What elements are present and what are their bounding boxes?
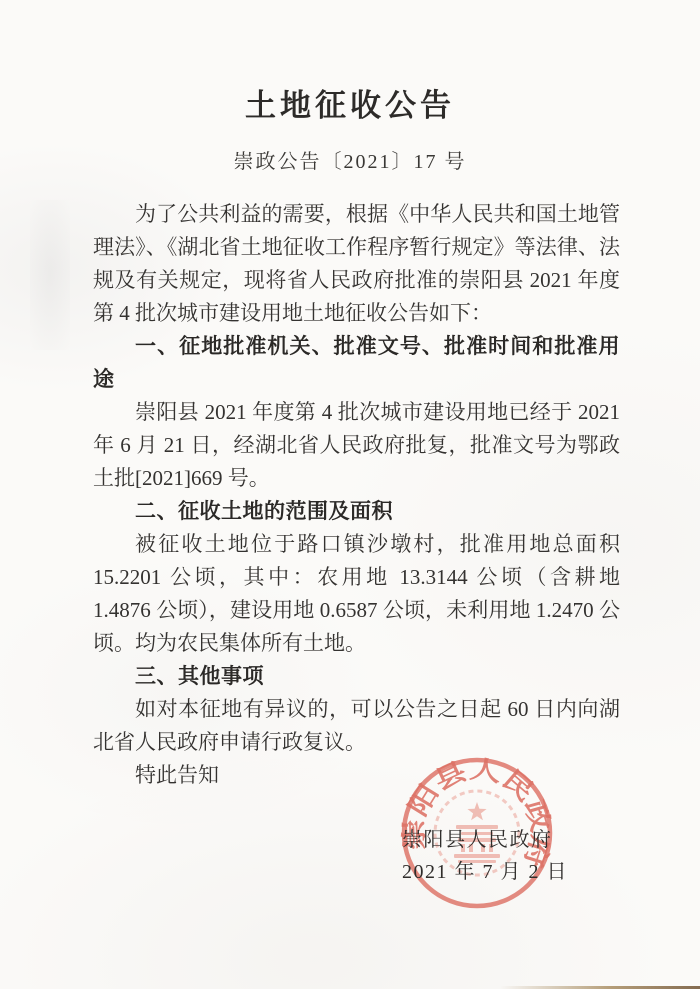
paragraph-land-area: 被征收土地位于路口镇沙墩村，批准用地总面积 15.2201 公顷，其中：农用地 …: [93, 528, 620, 660]
document-number: 崇政公告〔2021〕17 号: [0, 145, 700, 174]
paragraph-objection: 如对本征地有异议的，可以公告之日起 60 日内向湖北省人民政府申请行政复议。: [93, 693, 620, 759]
signature-block: 崇阳县人民政府 2021 年 7 月 2 日: [402, 824, 568, 888]
section-heading-2: 二、征收土地的范围及面积: [93, 495, 620, 528]
document-title: 土地征收公告: [0, 80, 700, 125]
scan-artifact-smudge: [30, 200, 70, 350]
document-body: 为了公共利益的需要，根据《中华人民共和国土地管理法》、《湖北省土地征收工作程序暂…: [93, 198, 620, 792]
paragraph-approval: 崇阳县 2021 年度第 4 批次城市建设用地已经于 2021 年 6 月 21…: [93, 396, 620, 495]
section-heading-1: 一、征地批准机关、批准文号、批准时间和批准用途: [93, 330, 620, 396]
paragraph-intro: 为了公共利益的需要，根据《中华人民共和国土地管理法》、《湖北省土地征收工作程序暂…: [93, 198, 620, 330]
scanned-document-page: 土地征收公告 崇政公告〔2021〕17 号 为了公共利益的需要，根据《中华人民共…: [0, 0, 700, 989]
signature-issuer: 崇阳县人民政府: [402, 824, 568, 856]
section-heading-3: 三、其他事项: [93, 660, 620, 693]
signature-date: 2021 年 7 月 2 日: [402, 856, 568, 888]
